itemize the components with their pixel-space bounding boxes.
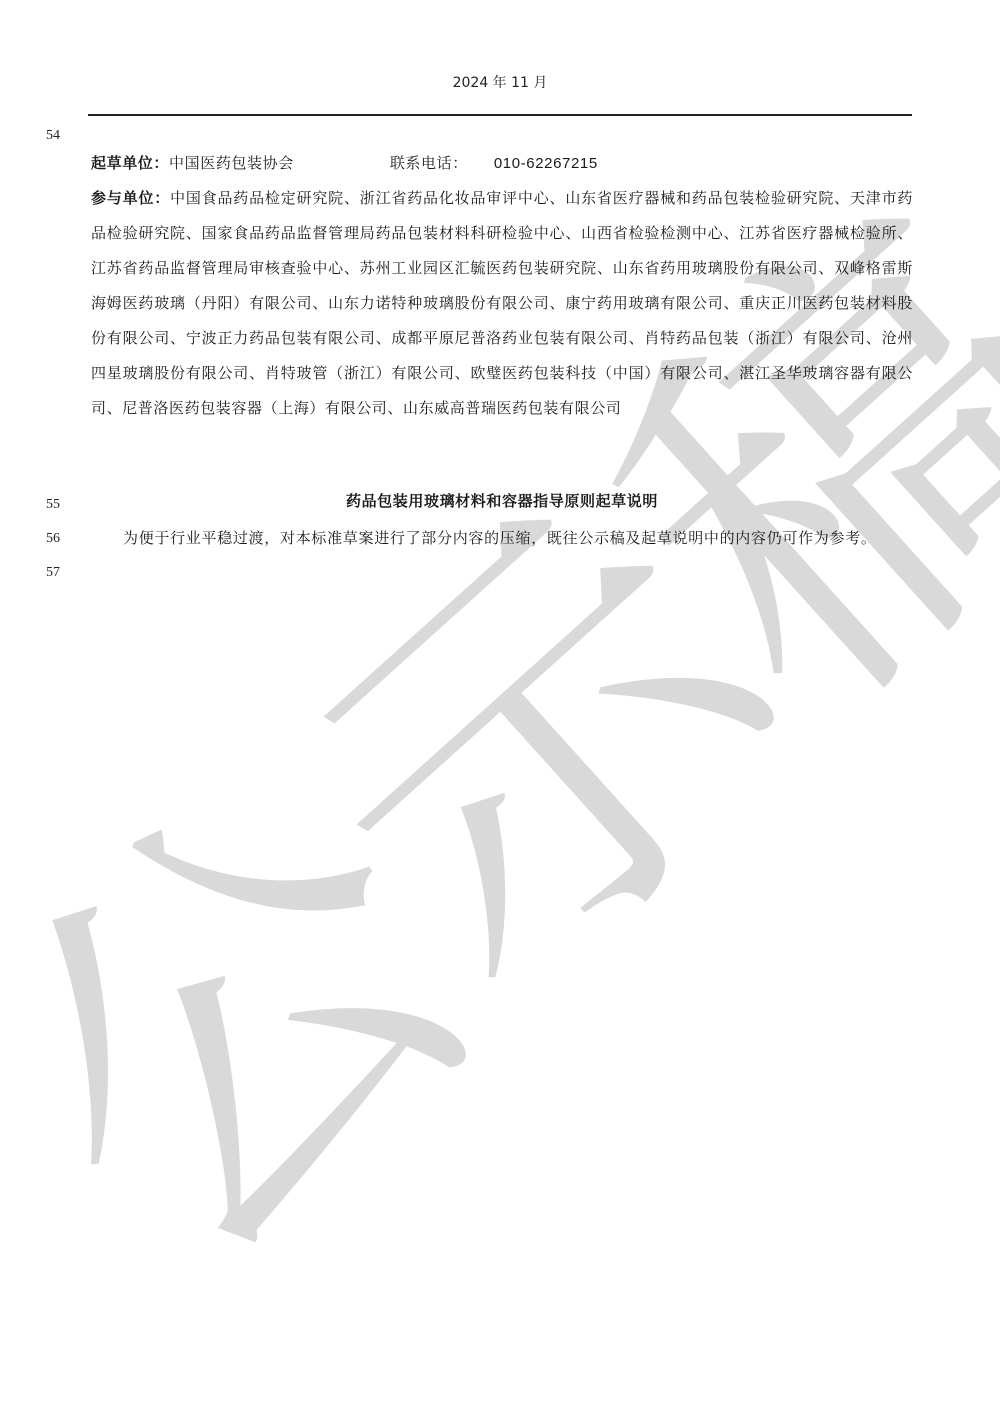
- header-date: 2024 年 11 月: [0, 72, 1000, 92]
- drafting-unit-line: 起草单位：中国医药包装协会联系电话：010-62267215: [91, 146, 913, 181]
- contact-label: 联系电话：: [390, 146, 468, 181]
- participating-units-label: 参与单位：: [91, 189, 170, 207]
- drafting-unit-value: 中国医药包装协会: [169, 154, 294, 172]
- header-divider: [88, 114, 912, 116]
- drafting-unit-label: 起草单位：: [91, 154, 169, 172]
- line-number: 57: [46, 565, 60, 581]
- line-number: 55: [46, 497, 60, 513]
- section-title: 药品包装用玻璃材料和容器指导原则起草说明: [91, 490, 913, 511]
- participating-units-list: 中国食品药品检定研究院、浙江省药品化妆品审评中心、山东省医疗器械和药品包装检验研…: [91, 189, 913, 417]
- section-body: 为便于行业平稳过渡，对本标准草案进行了部分内容的压缩，既往公示稿及起草说明中的内…: [91, 522, 913, 555]
- units-block: 起草单位：中国医药包装协会联系电话：010-62267215 参与单位：中国食品…: [91, 146, 913, 426]
- participating-units: 参与单位：中国食品药品检定研究院、浙江省药品化妆品审评中心、山东省医疗器械和药品…: [91, 181, 913, 426]
- line-number: 56: [46, 531, 60, 547]
- contact-number: 010-62267215: [494, 155, 598, 172]
- line-number: 54: [46, 128, 60, 144]
